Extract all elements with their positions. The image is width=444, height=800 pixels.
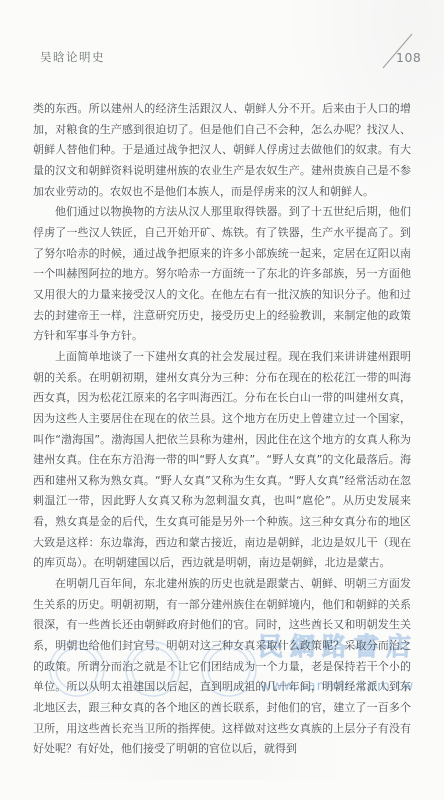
page-number: 108: [396, 50, 421, 65]
running-head-book-title: 吴晗论明史: [40, 49, 105, 65]
body-paragraph: 类的东西。所以建州人的经济生活跟汉人、朝鲜人分不开。后来由于人口的增加，对粮食的…: [33, 99, 411, 202]
page-body: 类的东西。所以建州人的经济生活跟汉人、朝鲜人分不开。后来由于人口的增加，对粮食的…: [33, 99, 411, 760]
body-paragraph: 在明朝几百年间，东北建州族的历史也就是跟蒙古、朝鲜、明朝三方面发生关系的历史。明…: [33, 574, 411, 760]
body-paragraph: 他们通过以物换物的方法从汉人那里取得铁器。到了十五世纪后期，他们俘虏了一些汉人铁…: [33, 202, 411, 347]
book-page: 民網路書店 www.sanmin.com.tw 吴晗论明史 108 类的东西。所…: [0, 0, 444, 800]
body-paragraph: 上面简单地谈了一下建州女真的社会发展过程。现在我们来讲讲建州跟明朝的关系。在明朝…: [33, 347, 411, 574]
